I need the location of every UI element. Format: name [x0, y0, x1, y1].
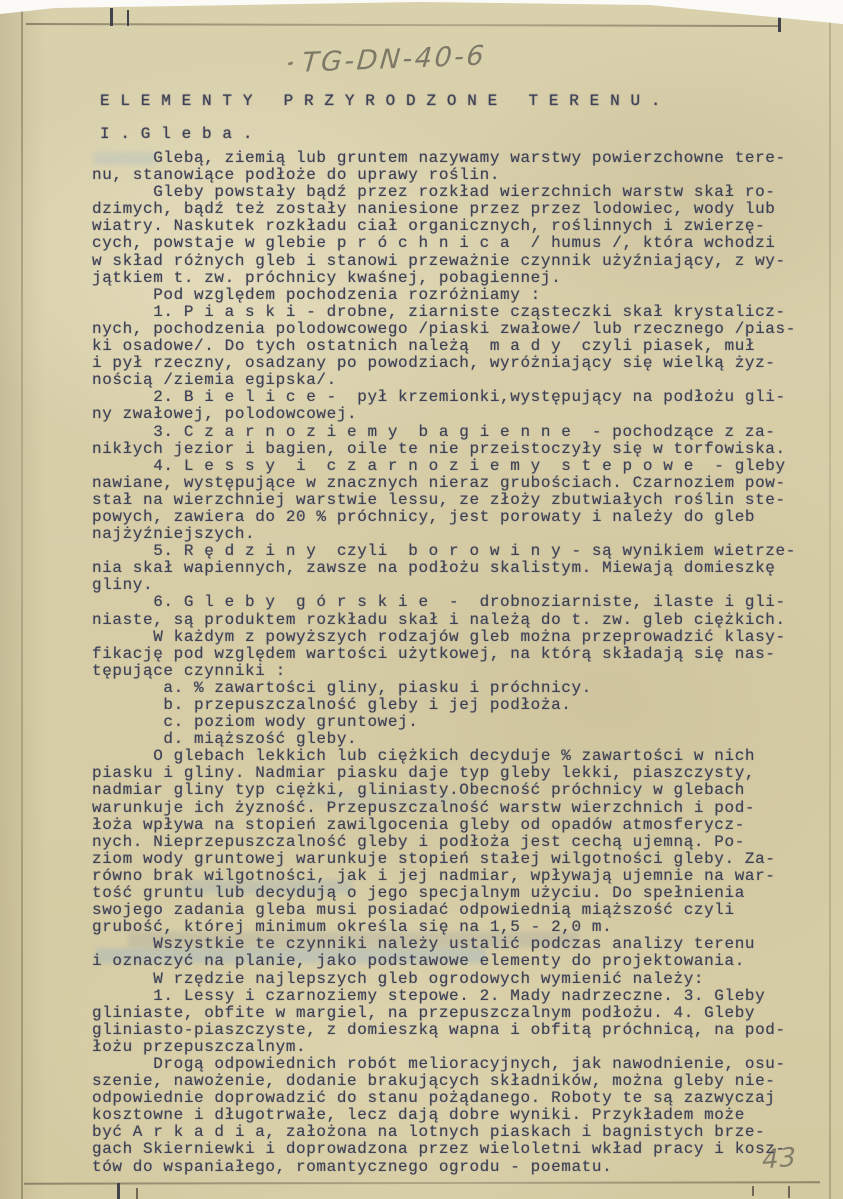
section-heading: I . G l e b a . — [100, 125, 253, 143]
paper-sheet: TG-DN-40-6 43 E L E M E N T Y P R Z Y R … — [0, 0, 843, 1199]
left-fold-line — [21, 0, 23, 1199]
bottom-left-tick-mark-1 — [117, 1183, 120, 1199]
document-title: E L E M E N T Y P R Z Y R O D Z O N E T … — [100, 92, 661, 110]
bottom-right-tick-mark-2 — [788, 1186, 790, 1198]
top-left-tick-mark-1 — [110, 8, 113, 26]
bottom-right-tick-mark-1 — [752, 1186, 754, 1196]
document-body-text: Glebą, ziemią lub gruntem nazywamy warst… — [92, 150, 796, 1176]
scanned-page: TG-DN-40-6 43 E L E M E N T Y P R Z Y R … — [0, 0, 843, 1199]
top-left-tick-mark-2 — [127, 10, 129, 26]
bottom-pencil-rule — [24, 1181, 820, 1184]
top-pencil-rule — [26, 23, 778, 27]
handwritten-catalog-code: TG-DN-40-6 — [301, 40, 488, 78]
right-fold-line — [829, 0, 831, 1199]
top-right-tick-mark — [778, 12, 781, 32]
pencil-dot — [288, 61, 294, 66]
bottom-left-tick-mark-2 — [136, 1188, 138, 1199]
